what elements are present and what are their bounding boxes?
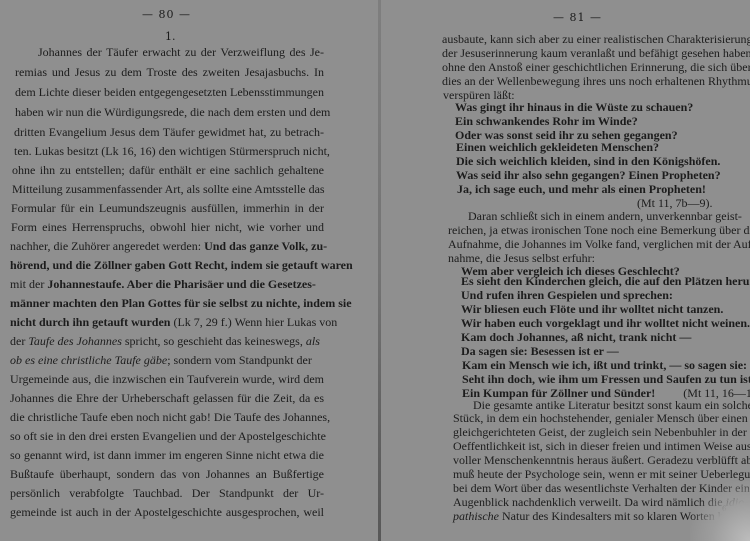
text-line: der Taufe des Johannes spricht, so gesch… [10,335,324,347]
emphasis-text: pathische [453,509,499,523]
text-line: muß heute der Psychologe sein, wenn er m… [453,468,734,480]
quote-text: Johannestaufe. Aber die Pharisäer und di… [47,277,316,291]
verse-line: Wir bliesen euch Flöte und ihr wolltet n… [461,303,723,315]
text-line: Aufnahme, die Johannes im Volke fand, ve… [448,238,729,250]
text-line: nicht durch ihn getauft wurden (Lk 7, 29… [10,316,324,328]
verse-line: Seht ihn doch, wie ihm um Fressen und Sa… [462,373,750,385]
text-line: Form eines Herrenspruchs, obwohl hier ni… [11,221,324,233]
text-line: Stück, in dem ein hochstehender, geniale… [453,412,734,424]
left-page: — 80 — 1. Johannes der Täufer erwacht zu… [0,0,375,541]
text-line: reichen, ja etwas ironischen Tone noch e… [448,224,729,236]
page-corner-shadow [690,481,750,541]
verse-line: Die sich weichlich kleiden, sind in den … [456,155,720,167]
text-line: der Jesuserinnerung kaum veranlaßt und b… [442,47,724,59]
text-line: Oeffentlichkeit ist, sich in dieser frei… [453,440,734,452]
verse-line: Kam doch Johannes, aß nicht, trank nicht… [461,331,691,343]
text-line: so oft sie in den drei ersten Evangelien… [10,430,324,442]
verse-line: Ja, ich sage euch, und mehr als einen Pr… [457,183,706,195]
text-line: Die gesamte antike Literatur besitzt son… [473,399,733,411]
text-line: Mitteilung zusammenfassender Art, als so… [12,183,324,195]
quote-line: hörend, und die Zöllner gaben Gott Recht… [10,259,324,271]
citation: (Mt 11, 7b—9). [637,197,713,209]
text-line: ten. Lukas besitzt (Lk 16, 16) den wicht… [14,145,324,157]
page-number-81: — 81 — [553,11,602,24]
section-number-1: 1. [165,30,176,43]
emphasis-text: als [306,334,320,348]
text-line: dem Lichte dieser beiden entgegengesetzt… [15,86,324,98]
text-line: Johannes der Täufer erwacht zu der Verzw… [38,46,324,58]
text-line: persönlich verabfolgte Tauchbad. Der Sta… [10,487,324,499]
verse-line: Was seid ihr also sehn gegangen? Einen P… [456,169,721,181]
quote-line: männer machten den Plan Gottes für sie s… [10,297,324,309]
page-number-80: — 80 — [142,8,191,21]
verse-line: Was gingt ihr hinaus in die Wüste zu sch… [455,101,693,113]
verse-line: Ein schwankendes Rohr im Winde? [455,115,638,127]
text-line: gemeinde ist auch in der Apostelgeschich… [10,506,324,518]
verse-line: Einen weichlich gekleideten Menschen? [456,141,659,153]
text-line: ob es eine christliche Taufe gäbe; sonde… [10,354,324,366]
text-line: nahme, die Jesus selbst erfuhr: [448,252,595,264]
quote-text: nicht durch ihn getauft wurden [10,315,170,329]
emphasis-text: Taufe des Johannes [28,334,122,348]
text-line: gleichgerichteten Geist, der zugleich se… [453,426,734,438]
text-line: voller Menschenkenntnis heraus äußert. G… [453,454,734,466]
text-line: dritten Evangelium Jesus dem Täufer gewi… [14,126,324,138]
emphasis-text: ob es eine christliche Taufe gäbe [10,353,167,367]
text-line: mit der Johannestaufe. Aber die Pharisäe… [10,278,324,290]
text-line: Johannes die Ehre der Urheberschaft gela… [10,392,324,404]
verse-line: Kam ein Mensch wie ich, ißt und trinkt, … [462,359,747,371]
verse-line: Es sieht den Kinderchen gleich, die auf … [461,275,750,287]
text-line: Urgemeinde aus, die inzwischen ein Taufv… [10,373,324,385]
text-line: haben wir nun die Würdigungsrede, die na… [15,106,324,118]
text-line: nachher, die Zuhörer angeredet werden: U… [10,240,324,252]
verse-line: Und rufen ihren Gespielen und sprechen: [461,289,673,301]
text-line: Daran schließt sich in einem andern, unv… [468,210,728,222]
text-line: Formular für ein Leumundszeugnis ausfüll… [11,202,324,214]
verse-line: Wir haben euch vorgeklagt und ihr wollte… [461,317,750,329]
quote-text: Und das ganze Volk, zu- [204,239,327,253]
text-line: ausbaute, kann sich aber zu einer realis… [442,33,724,45]
text-line: remias und Jesus zu dem Troste des zweit… [15,66,324,78]
verse-line: Da sagen sie: Besessen ist er — [461,345,619,357]
text-line: Bußtaufe überhaupt, sondern das von Joha… [10,468,324,480]
book-spread: — 80 — 1. Johannes der Täufer erwacht zu… [0,0,750,541]
right-page: — 81 — ausbaute, kann sich aber zu einer… [375,0,750,541]
text-line: ohne den Anstoß einer geschichtlichen Er… [442,61,724,73]
text-line: so genannt wird, ist dann immer im enger… [10,449,324,461]
text-line: die christliche Taufe eben noch nicht ga… [10,411,324,423]
text-line: ohne ihn zu entstellen; dafür enthält er… [12,164,324,176]
text-line: dies an der Wellenbewegung ihres uns noc… [442,75,724,87]
